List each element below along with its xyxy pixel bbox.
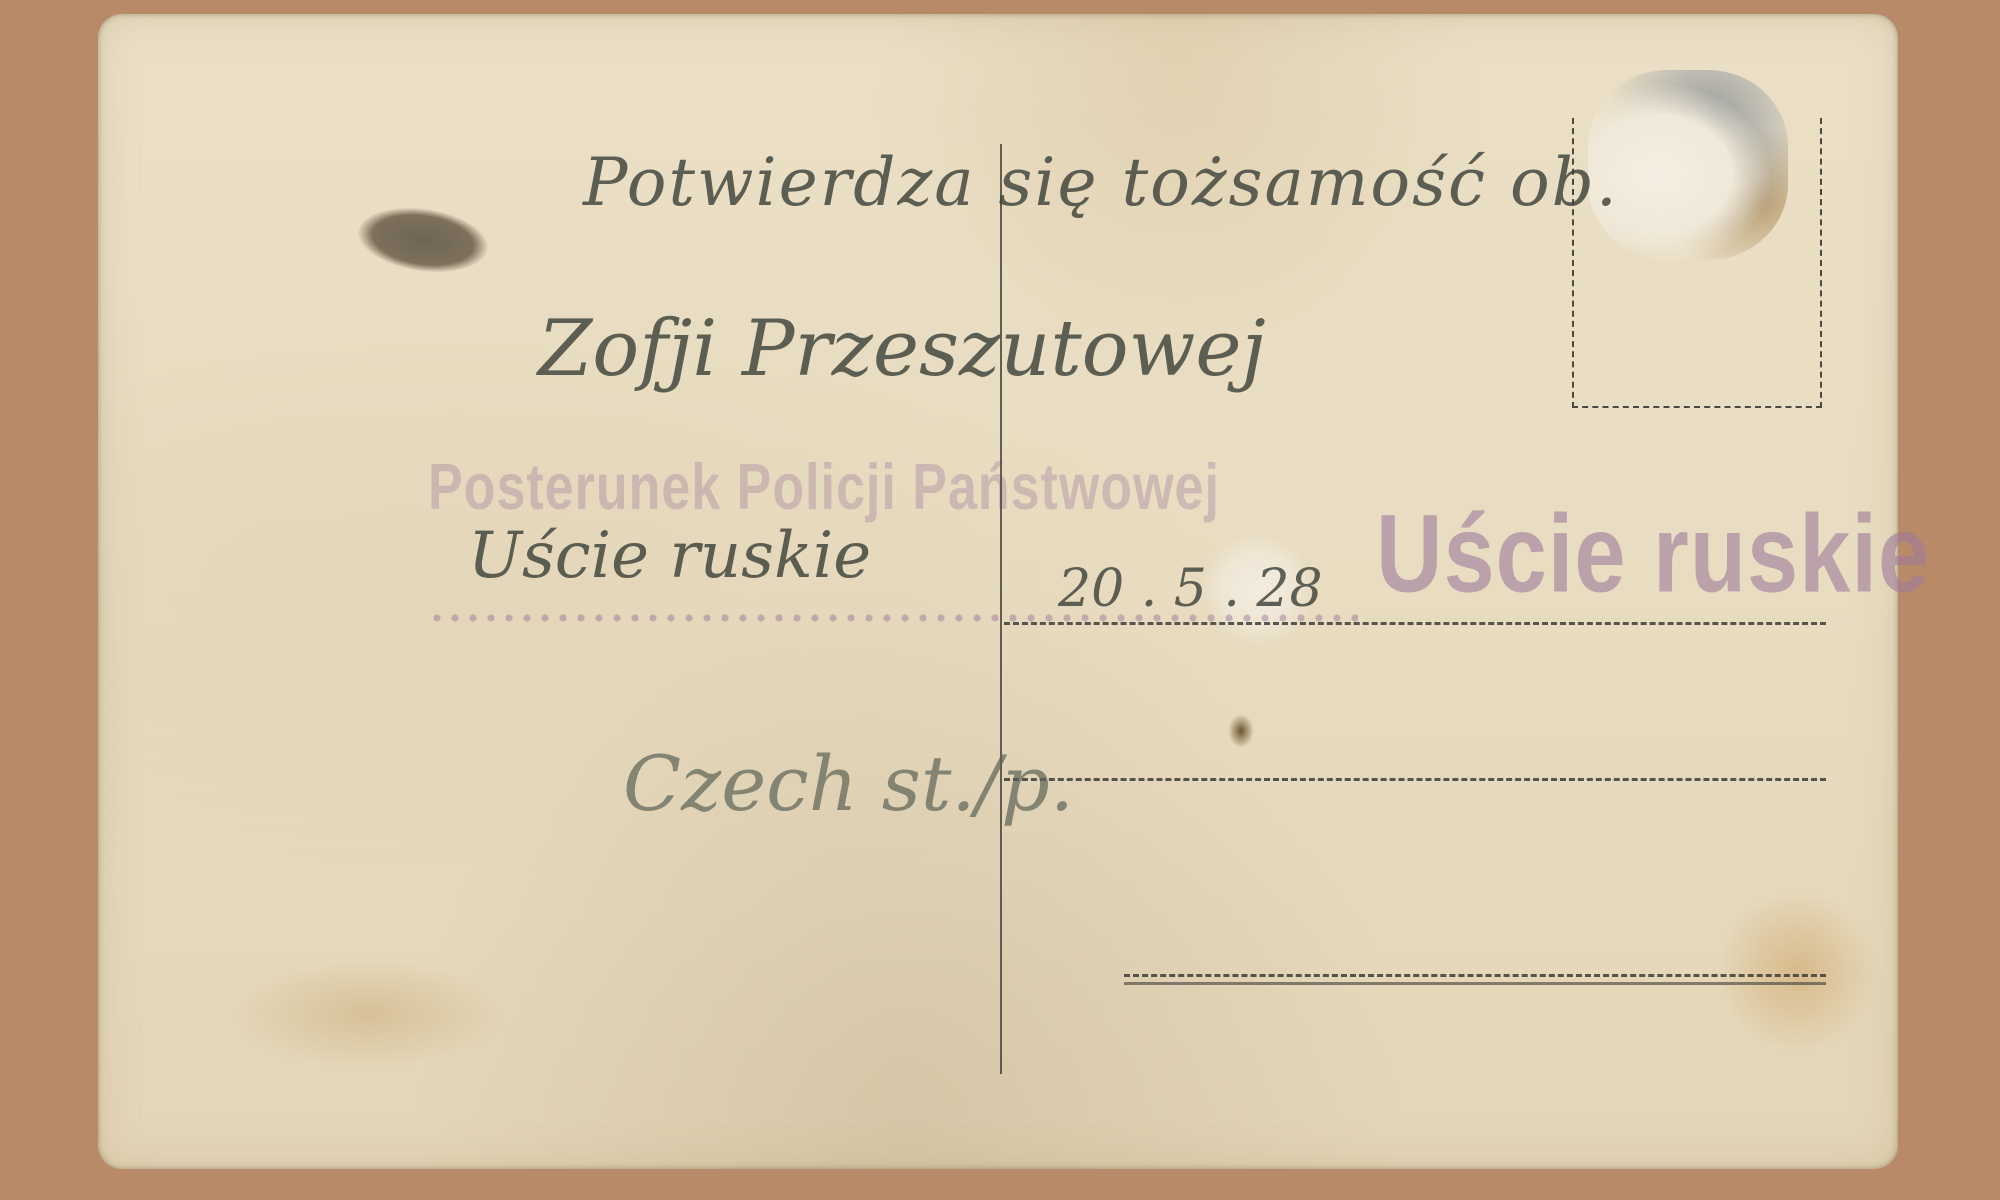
- handwritten-name: Zofji Przeszutowej: [538, 304, 1266, 394]
- handwritten-place: Uście ruskie: [468, 519, 871, 593]
- handwritten-line-1: Potwierdza się tożsamość ob.: [583, 144, 1619, 221]
- address-line: [1004, 778, 1826, 781]
- brown-spot: [1228, 714, 1254, 748]
- handwritten-signature: Czech st./p.: [623, 739, 1074, 828]
- police-station-stamp: Posterunek Policji Państwowej: [428, 450, 1220, 525]
- address-divider: [1000, 144, 1002, 1074]
- address-line: [1004, 622, 1826, 625]
- address-line: [1124, 974, 1826, 977]
- foxing-stain: [1718, 889, 1878, 1054]
- address-line: [1124, 982, 1826, 985]
- postcard: Posterunek Policji Państwowej Uście rusk…: [98, 14, 1898, 1169]
- ink-stain: [354, 200, 491, 279]
- foxing-stain: [218, 954, 518, 1074]
- place-stamp: Uście ruskie: [1376, 492, 1930, 618]
- handwritten-date: 20 . 5 . 28: [1058, 559, 1323, 619]
